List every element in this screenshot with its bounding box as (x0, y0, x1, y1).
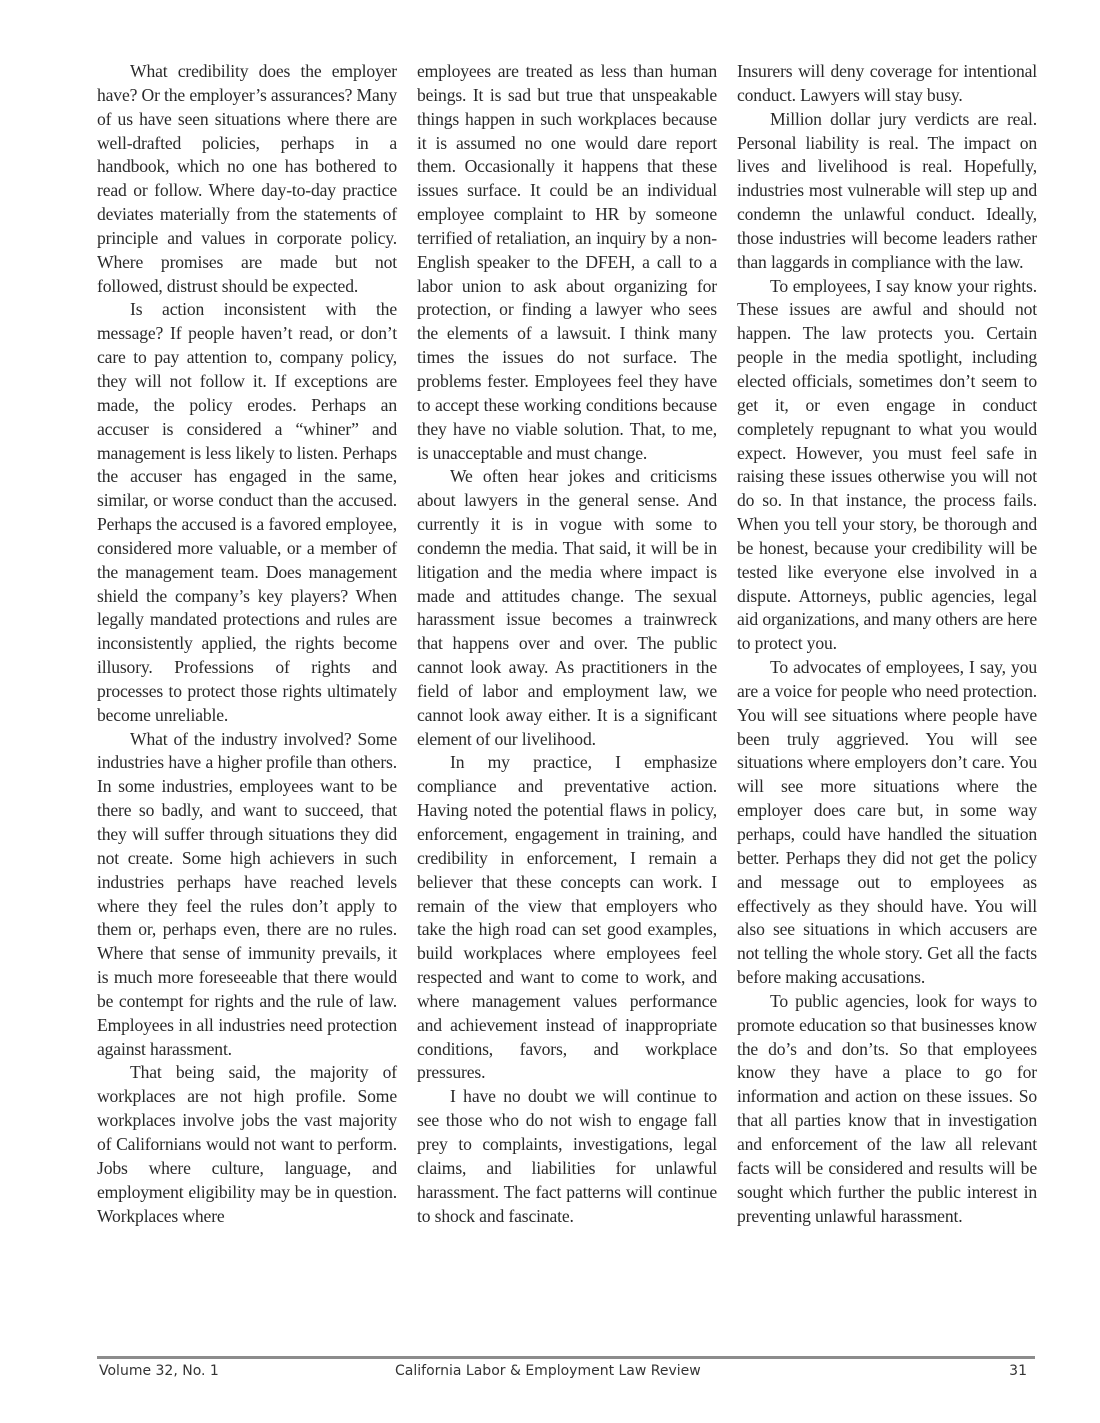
column-1: What credibility does the employer have?… (97, 60, 397, 1350)
column-2: employees are treated as less than human… (417, 60, 717, 1350)
paragraph: That being said, the majority of workpla… (97, 1061, 397, 1228)
page-footer: Volume 32, No. 1 California Labor & Empl… (97, 1363, 1035, 1385)
footer-divider (97, 1356, 1035, 1359)
paragraph: I have no doubt we will continue to see … (417, 1085, 717, 1228)
paragraph: To employees, I say know your rights. Th… (737, 275, 1037, 657)
footer-volume: Volume 32, No. 1 (99, 1363, 219, 1379)
paragraph: We often hear jokes and criticisms about… (417, 465, 717, 751)
document-page: What credibility does the employer have?… (0, 0, 1100, 1423)
footer-publication-title: California Labor & Employment Law Review (395, 1363, 701, 1379)
paragraph: What credibility does the employer have?… (97, 60, 397, 298)
paragraph: To public agencies, look for ways to pro… (737, 990, 1037, 1228)
footer-page-number: 31 (1009, 1363, 1027, 1379)
column-3: Insurers will deny coverage for intentio… (737, 60, 1037, 1350)
paragraph: Is action inconsistent with the message?… (97, 298, 397, 727)
paragraph: To advocates of employees, I say, you ar… (737, 656, 1037, 990)
article-body: What credibility does the employer have?… (97, 60, 1037, 1350)
paragraph: Million dollar jury verdicts are real. P… (737, 108, 1037, 275)
paragraph: In my practice, I emphasize compliance a… (417, 751, 717, 1085)
paragraph-continued: employees are treated as less than human… (417, 60, 717, 465)
paragraph-continued: Insurers will deny coverage for intentio… (737, 60, 1037, 108)
paragraph: What of the industry involved? Some indu… (97, 728, 397, 1062)
